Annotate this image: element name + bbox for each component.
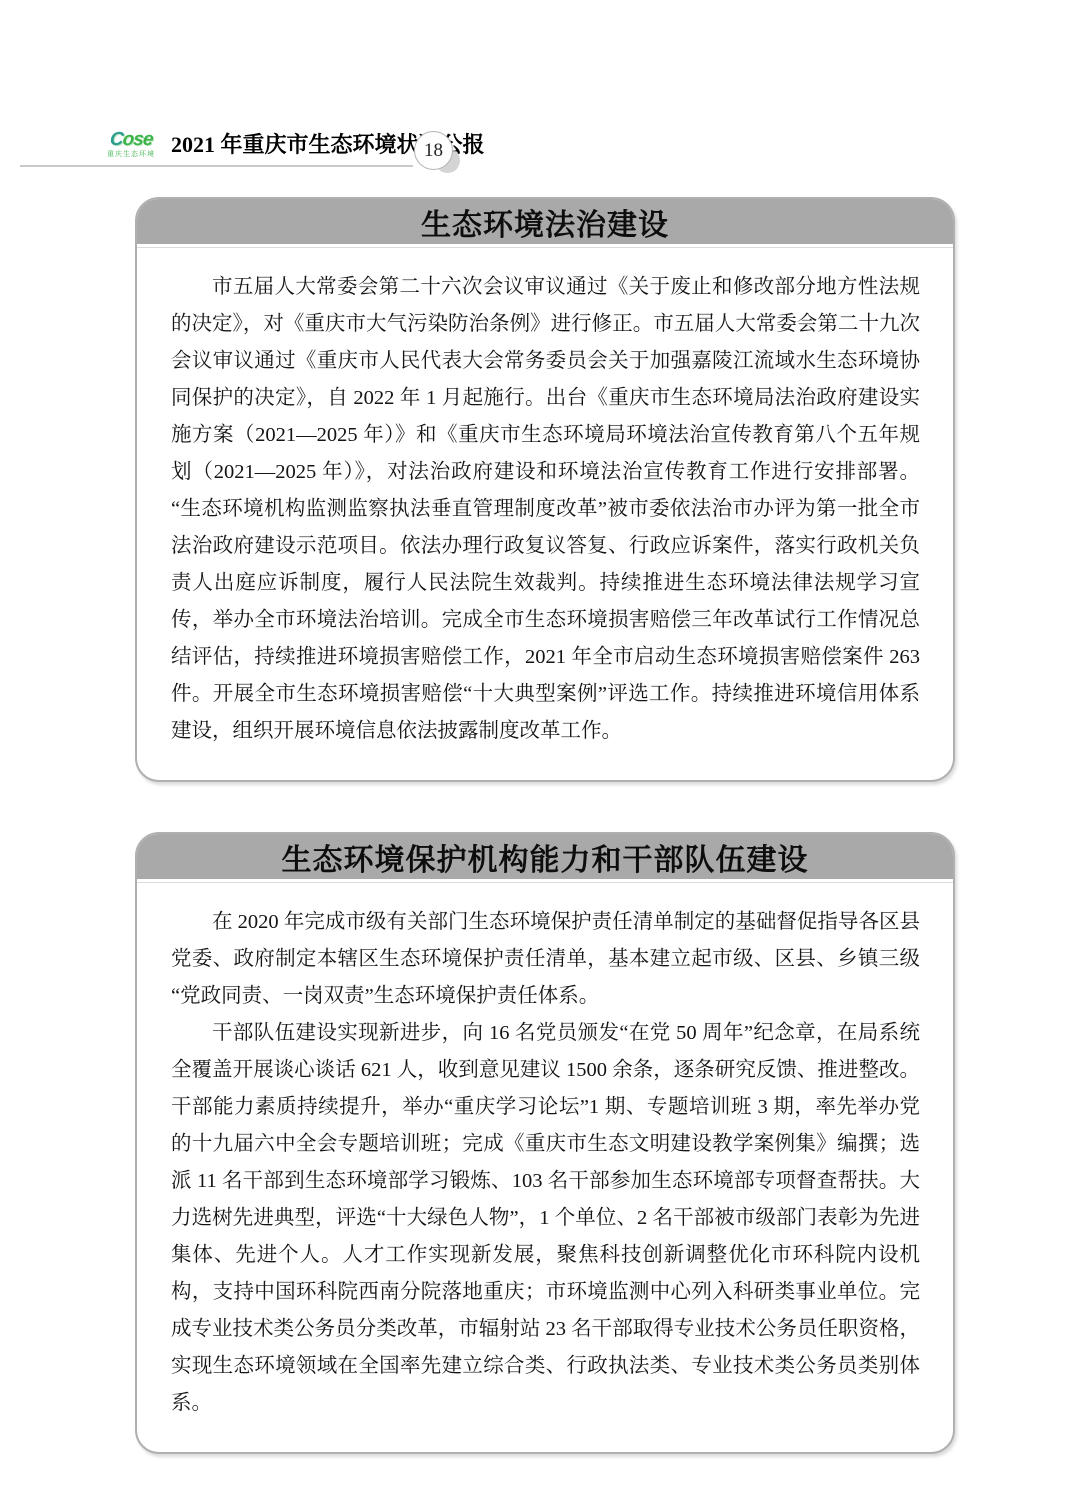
cose-logo: Cose 重庆生态环境 [100, 130, 162, 158]
section-capacity-paragraph-2: 干部队伍建设实现新进步，向 16 名党员颁发“在党 50 周年”纪念章，在局系统… [171, 1015, 920, 1422]
section-law-construction: 生态环境法治建设 市五届人大常委会第二十六次会议审议通过《关于废止和修改部分地方… [135, 197, 955, 782]
logo-wordmark: Cose [109, 130, 153, 149]
section-capacity-building: 生态环境保护机构能力和干部队伍建设 在 2020 年完成市级有关部门生态环境保护… [135, 832, 955, 1454]
header-divider [20, 165, 413, 167]
section-law-paragraph: 市五届人大常委会第二十六次会议审议通过《关于废止和修改部分地方性法规的决定》，对… [171, 269, 920, 750]
page-number-badge: 18 [414, 131, 453, 170]
section-capacity-title: 生态环境保护机构能力和干部队伍建设 [282, 835, 809, 879]
logo-subtext: 重庆生态环境 [107, 151, 155, 158]
section-law-header: 生态环境法治建设 [137, 199, 953, 247]
section-capacity-header: 生态环境保护机构能力和干部队伍建设 [137, 834, 953, 882]
section-law-body: 市五届人大常委会第二十六次会议审议通过《关于废止和修改部分地方性法规的决定》，对… [137, 247, 953, 780]
section-capacity-body: 在 2020 年完成市级有关部门生态环境保护责任清单制定的基础督促指导各区县党委… [137, 882, 953, 1452]
section-law-title: 生态环境法治建设 [421, 200, 669, 244]
page-header: Cose 重庆生态环境 2021 年重庆市生态环境状况公报 18 [0, 0, 1090, 197]
section-capacity-paragraph-1: 在 2020 年完成市级有关部门生态环境保护责任清单制定的基础督促指导各区县党委… [171, 904, 920, 1015]
page-number: 18 [414, 131, 453, 170]
page-content: 生态环境法治建设 市五届人大常委会第二十六次会议审议通过《关于废止和修改部分地方… [135, 197, 955, 1454]
